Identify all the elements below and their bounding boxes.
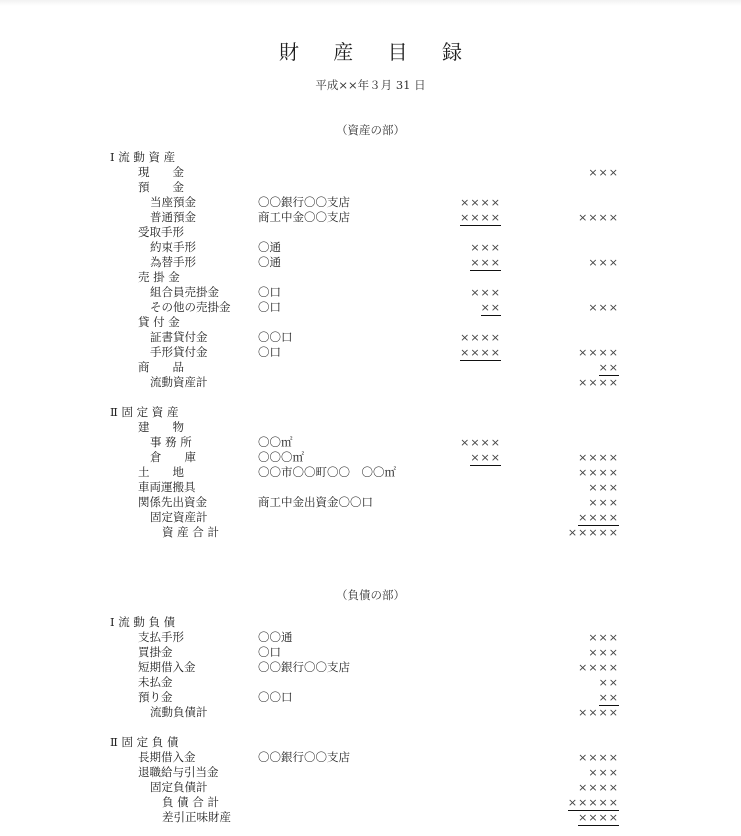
row-label: 現 金 (138, 165, 184, 180)
row-total-amount: ×××× (578, 780, 619, 795)
row-label: Ⅱ 固 定 負 債 (110, 735, 178, 750)
row-note: 〇〇口 (258, 330, 293, 345)
row-total-amount: ×××× (578, 660, 619, 675)
row-label: 短期借入金 (138, 660, 196, 675)
row-detail-amount: ××× (470, 255, 501, 271)
table-row: 商 品×× (0, 360, 741, 375)
row-note: 〇〇市〇〇町〇〇 〇〇㎡ (258, 465, 396, 480)
row-detail-amount: ×××× (460, 195, 501, 210)
row-label: 売 掛 金 (138, 270, 180, 285)
row-label: 商 品 (138, 360, 184, 375)
table-row: 預 金 (0, 180, 741, 195)
row-note: 〇口 (258, 285, 281, 300)
table-row: 関係先出資金商工中金出資金〇〇口××× (0, 495, 741, 510)
row-label: 長期借入金 (138, 750, 196, 765)
row-label: 普通預金 (150, 210, 196, 225)
row-label: Ⅰ 流 動 資 産 (110, 150, 175, 165)
row-note: 〇口 (258, 645, 281, 660)
row-total-amount: ×××× (578, 705, 619, 720)
row-label: 手形貸付金 (150, 345, 208, 360)
page-top-edge (0, 0, 741, 6)
document-title: 財 産 目 録 (0, 36, 741, 65)
row-detail-amount: ××× (470, 285, 501, 300)
table-row: 約束手形〇通××× (0, 240, 741, 255)
table-row: 預り金〇〇口×× (0, 690, 741, 705)
row-label: 受取手形 (138, 225, 184, 240)
table-row: 倉 庫〇〇〇㎡××××××× (0, 450, 741, 465)
row-detail-amount: ×××× (460, 210, 501, 226)
table-row: 為替手形〇通×××××× (0, 255, 741, 270)
table-row: その他の売掛金〇口××××× (0, 300, 741, 315)
row-label: 未払金 (138, 675, 173, 690)
row-note: 〇通 (258, 255, 281, 270)
assets-section-heading: （資産の部） (0, 122, 741, 138)
row-total-amount: ×××× (578, 810, 619, 826)
table-row: 車両運搬具××× (0, 480, 741, 495)
table-row: 資 産 合 計××××× (0, 525, 741, 540)
row-label: その他の売掛金 (150, 300, 231, 315)
row-note: 商工中金〇〇支店 (258, 210, 350, 225)
row-label: 車両運搬具 (138, 480, 196, 495)
table-row: 事 務 所〇〇㎡×××× (0, 435, 741, 450)
table-row: 土 地〇〇市〇〇町〇〇 〇〇㎡×××× (0, 465, 741, 480)
table-row: 証書貸付金〇〇口×××× (0, 330, 741, 345)
row-detail-amount: ××× (470, 450, 501, 466)
table-row: 建 物 (0, 420, 741, 435)
row-total-amount: ×××× (578, 375, 619, 390)
row-total-amount: ××× (588, 630, 619, 645)
table-row: 固定資産計×××× (0, 510, 741, 525)
row-label: 当座預金 (150, 195, 196, 210)
row-label: 約束手形 (150, 240, 196, 255)
row-label: 流動資産計 (150, 375, 208, 390)
row-label: 倉 庫 (150, 450, 196, 465)
row-label: 証書貸付金 (150, 330, 208, 345)
row-total-amount: ×× (599, 690, 619, 706)
row-note: 商工中金出資金〇〇口 (258, 495, 373, 510)
table-row: 当座預金〇〇銀行〇〇支店×××× (0, 195, 741, 210)
row-label: 関係先出資金 (138, 495, 207, 510)
row-label: Ⅰ 流 動 負 債 (110, 615, 175, 630)
row-total-amount: ××× (588, 255, 619, 270)
row-label: 負 債 合 計 (162, 795, 219, 810)
row-label: 支払手形 (138, 630, 184, 645)
row-label: 流動負債計 (150, 705, 208, 720)
row-label: 退職給与引当金 (138, 765, 219, 780)
table-row: 短期借入金〇〇銀行〇〇支店×××× (0, 660, 741, 675)
row-detail-amount: ×××× (460, 435, 501, 450)
table-row: 普通預金商工中金〇〇支店×××××××× (0, 210, 741, 225)
row-label: 資 産 合 計 (162, 525, 219, 540)
row-total-amount: ××× (588, 300, 619, 315)
table-row: 長期借入金〇〇銀行〇〇支店×××× (0, 750, 741, 765)
row-total-amount: ×××× (578, 750, 619, 765)
row-label: 固定負債計 (150, 780, 208, 795)
table-row: Ⅱ 固 定 負 債 (0, 735, 741, 750)
row-note: 〇〇通 (258, 630, 293, 645)
row-note: 〇〇〇㎡ (258, 450, 304, 465)
row-note: 〇〇銀行〇〇支店 (258, 660, 350, 675)
table-row: 組合員売掛金〇口××× (0, 285, 741, 300)
table-row: 未払金×× (0, 675, 741, 690)
row-label: 土 地 (138, 465, 184, 480)
table-row: 受取手形 (0, 225, 741, 240)
row-label: 建 物 (138, 420, 184, 435)
row-label: 組合員売掛金 (150, 285, 219, 300)
row-total-amount: ××× (588, 765, 619, 780)
table-row: 負 債 合 計××××× (0, 795, 741, 810)
table-row: 現 金××× (0, 165, 741, 180)
table-row: 売 掛 金 (0, 270, 741, 285)
row-detail-amount: ××× (470, 240, 501, 255)
row-label: 固定資産計 (150, 510, 208, 525)
document-date: 平成××年３月 31 日 (0, 77, 741, 93)
row-note: 〇〇㎡ (258, 435, 293, 450)
row-total-amount: ×××× (578, 510, 619, 526)
row-label: 為替手形 (150, 255, 196, 270)
table-row: 支払手形〇〇通××× (0, 630, 741, 645)
row-total-amount: ××× (588, 645, 619, 660)
row-detail-amount: ×× (481, 300, 501, 316)
row-total-amount: ××× (588, 495, 619, 510)
row-total-amount: ×× (599, 360, 619, 376)
row-note: 〇口 (258, 345, 281, 360)
row-label: 買掛金 (138, 645, 173, 660)
table-row: Ⅱ 固 定 資 産 (0, 405, 741, 420)
row-total-amount: ××× (588, 480, 619, 495)
row-label: 差引正味財産 (162, 810, 231, 825)
row-note: 〇通 (258, 240, 281, 255)
table-row: 手形貸付金〇口×××××××× (0, 345, 741, 360)
table-row: 買掛金〇口××× (0, 645, 741, 660)
table-row: 固定負債計×××× (0, 780, 741, 795)
row-label: 事 務 所 (150, 435, 192, 450)
row-total-amount: ××××× (568, 795, 619, 811)
row-note: 〇〇銀行〇〇支店 (258, 750, 350, 765)
row-total-amount: ×××× (578, 345, 619, 360)
table-row: 流動資産計×××× (0, 375, 741, 390)
row-label: Ⅱ 固 定 資 産 (110, 405, 178, 420)
row-detail-amount: ×××× (460, 345, 501, 361)
row-total-amount: ×××× (578, 210, 619, 225)
table-row: 流動負債計×××× (0, 705, 741, 720)
row-note: 〇〇口 (258, 690, 293, 705)
row-detail-amount: ×××× (460, 330, 501, 345)
row-label: 貸 付 金 (138, 315, 180, 330)
table-row: 貸 付 金 (0, 315, 741, 330)
liabilities-section-heading: （負債の部） (0, 587, 741, 603)
row-total-amount: ×××× (578, 465, 619, 480)
table-row: Ⅰ 流 動 負 債 (0, 615, 741, 630)
table-row: Ⅰ 流 動 資 産 (0, 150, 741, 165)
row-label: 預り金 (138, 690, 173, 705)
row-label: 預 金 (138, 180, 184, 195)
row-total-amount: ××× (588, 165, 619, 180)
row-total-amount: ××××× (568, 525, 619, 540)
table-row: 退職給与引当金××× (0, 765, 741, 780)
row-note: 〇口 (258, 300, 281, 315)
row-note: 〇〇銀行〇〇支店 (258, 195, 350, 210)
table-row: 差引正味財産×××× (0, 810, 741, 825)
row-total-amount: ×××× (578, 450, 619, 465)
row-total-amount: ×× (599, 675, 619, 690)
